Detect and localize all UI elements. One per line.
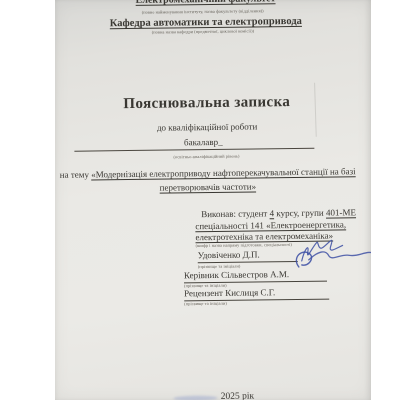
reviewer-line: Рецензент Кислиця С.Г. [184,287,329,302]
reviewer-name: Рецензент Кислиця С.Г. [184,287,275,298]
supervisor-signature-loop [296,252,311,267]
page-subtitle: до кваліфікаційної роботи [55,120,360,134]
ink-overlay [55,0,371,400]
screenshot-root: Електромеханічний факультет (повне найме… [0,0,400,400]
topic-line-1: на тему «Модернізація електроприводу наф… [55,166,361,180]
group-number: 401-МЕ [326,207,356,217]
document-photo-paper: Електромеханічний факультет (повне найме… [55,0,371,400]
degree-value: бакалавр_ [184,137,223,147]
student-name: Удовіченко Д.П. [198,249,260,260]
degree-hint: (освітньо-кваліфікаційний рівень) [173,154,239,160]
supervisor-signature-tail [309,251,371,260]
page-title: Пояснювальна записка [55,93,360,114]
year-label: 2025 рік [137,390,337,400]
degree-line: бакалавр_ [74,136,314,152]
supervisor-name: Керівник Сільвестров А.М. [184,269,289,280]
title-page-content: Електромеханічний факультет (повне найме… [55,0,371,400]
topic-text-2: перетворювачів частоти» [160,181,257,192]
topic-prefix: на тему [60,169,92,179]
student-name-hint: (прізвище та ініціали) [198,264,241,269]
speciality-line-1: спеціальності 141 «Електроенергетика, [195,219,346,231]
executor-mid: курсу, групи [274,208,326,219]
supervisor-line: Керівник Сільвестров А.М. [184,269,327,284]
faculty-hint: (повне найменування інституту, назва фак… [142,8,264,14]
student-signature [302,240,343,261]
speciality-line-2: електротехніка та електромеханіка» [195,231,333,243]
speciality-hint: (шифр і назва напряму підготовки, спеціа… [196,242,292,248]
topic-text-1: «Модернізація електроприводу нафтоперека… [91,166,356,179]
reviewer-hint: (прізвище та ініціали) [184,301,227,306]
department-hint: (повна назва кафедри (предметної, циклов… [152,28,255,34]
executor-line: Виконав: студент 4 курсу, групи 401-МЕ [201,207,356,219]
topic-line-2: перетворювачів частоти» [55,180,361,194]
student-name-line: Удовіченко Д.П. [198,249,298,263]
department-name: Кафедра автоматики та електропривода [55,15,359,30]
faculty-name: Електромеханічний факультет [55,0,359,7]
executor-prefix: Виконав: студент [201,208,269,219]
